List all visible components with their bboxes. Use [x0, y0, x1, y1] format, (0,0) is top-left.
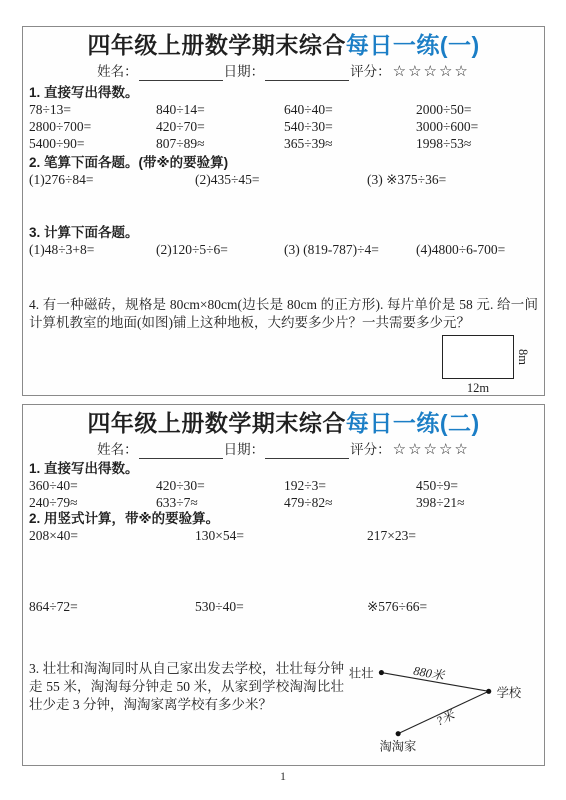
- meta-line: 姓名： 日期： 评分： ☆☆☆☆☆: [29, 439, 538, 459]
- math-problem: (1)48÷3+8=: [29, 241, 156, 258]
- math-problem: ※576÷66=: [367, 598, 538, 615]
- section-3-heading: 3. 计算下面各题。: [29, 225, 538, 241]
- math-problem: 530÷40=: [195, 598, 367, 615]
- date-blank-line: [265, 65, 349, 81]
- title-black-text: 四年级上册数学期末综合: [87, 32, 346, 58]
- section-1-heading: 1. 直接写出得数。: [29, 85, 538, 101]
- figure-width-label: 12m: [442, 381, 514, 395]
- floor-figure: 8m 12m: [442, 335, 514, 379]
- word-problem-4-text: 4. 有一种磁砖，规格是 80cm×80cm(边长是 80cm 的正方形). 每…: [29, 296, 538, 332]
- label-zhuangzhuang: 壮壮: [349, 666, 374, 681]
- figure-height-label: 8m: [517, 349, 529, 365]
- math-problem: 360÷40=: [29, 477, 156, 494]
- title-blue-text: 每日一练(一): [346, 32, 480, 58]
- date-label: 日期：: [224, 63, 265, 81]
- mixed-math-row: (1)48÷3+8= (2)120÷5÷6= (3) (819-787)÷4= …: [29, 241, 538, 258]
- math-problem: 365÷39≈: [284, 135, 416, 152]
- score-label: 评分：: [350, 441, 391, 459]
- route-diagram: 壮壮 学校 淘淘家 880米 ?米: [344, 660, 538, 760]
- name-blank-line: [139, 443, 223, 459]
- math-problem: 479÷82≈: [284, 494, 416, 511]
- name-label: 姓名：: [97, 441, 138, 459]
- math-problem: (4)4800÷6-700=: [416, 241, 538, 258]
- point-zhuangzhuang: [379, 670, 384, 675]
- section-2-heading: 2. 笔算下面各题。(带※的要验算): [29, 155, 538, 171]
- math-problem: 217×23=: [367, 527, 538, 544]
- math-problem: 640÷40=: [284, 101, 416, 118]
- math-problem: 3000÷600=: [416, 118, 538, 135]
- math-problem: 1998÷53≈: [416, 135, 538, 152]
- oral-math-grid: 360÷40= 420÷30= 192÷3= 450÷9= 240÷79≈ 63…: [29, 477, 538, 511]
- math-problem: (3) ※375÷36=: [367, 171, 538, 188]
- star-rating: ☆☆☆☆☆: [393, 63, 470, 81]
- math-problem: (1)276÷84=: [29, 171, 195, 188]
- floor-figure-row: 8m 12m: [29, 335, 538, 379]
- worksheet-2: 四年级上册数学期末综合每日一练(二) 姓名： 日期： 评分： ☆☆☆☆☆ 1. …: [22, 404, 545, 766]
- math-problem: 2800÷700=: [29, 118, 156, 135]
- word-problem-3-text: 3. 壮壮和淘淘同时从自己家出发去学校，壮壮每分钟走 55 米，淘淘每分钟走 5…: [29, 660, 344, 760]
- word-problem-3-row: 3. 壮壮和淘淘同时从自己家出发去学校，壮壮每分钟走 55 米，淘淘每分钟走 5…: [29, 660, 538, 760]
- score-label: 评分：: [350, 63, 391, 81]
- math-problem: 540÷30=: [284, 118, 416, 135]
- math-problem: 420÷30=: [156, 477, 284, 494]
- math-problem: 130×54=: [195, 527, 367, 544]
- section-1-heading: 1. 直接写出得数。: [29, 461, 538, 477]
- star-rating: ☆☆☆☆☆: [393, 441, 470, 459]
- rectangle-shape: [442, 335, 514, 379]
- math-problem: 633÷7≈: [156, 494, 284, 511]
- point-school: [486, 689, 491, 694]
- vertical-calc-row: 864÷72= 530÷40= ※576÷66=: [29, 598, 538, 615]
- label-distance-880m: 880米: [412, 664, 446, 683]
- label-distance-unknown: ?米: [434, 707, 458, 728]
- math-problem: 840÷14=: [156, 101, 284, 118]
- worksheet-page: 四年级上册数学期末综合每日一练(一) 姓名： 日期： 评分： ☆☆☆☆☆ 1. …: [0, 0, 566, 800]
- math-problem: 240÷79≈: [29, 494, 156, 511]
- point-taotao-home: [396, 731, 401, 736]
- meta-line: 姓名： 日期： 评分： ☆☆☆☆☆: [29, 61, 538, 81]
- label-taotao-home: 淘淘家: [379, 738, 416, 753]
- math-problem: 78÷13=: [29, 101, 156, 118]
- worksheet-1-title: 四年级上册数学期末综合每日一练(一): [29, 31, 538, 59]
- math-problem: (2)435÷45=: [195, 171, 367, 188]
- math-problem: 208×40=: [29, 527, 195, 544]
- date-blank-line: [265, 443, 349, 459]
- worksheet-1: 四年级上册数学期末综合每日一练(一) 姓名： 日期： 评分： ☆☆☆☆☆ 1. …: [22, 26, 545, 396]
- title-black-text: 四年级上册数学期末综合: [87, 410, 346, 436]
- label-school: 学校: [497, 685, 522, 700]
- vertical-calc-row: 208×40= 130×54= 217×23=: [29, 527, 538, 544]
- date-label: 日期：: [224, 441, 265, 459]
- math-problem: 420÷70=: [156, 118, 284, 135]
- math-problem: 2000÷50=: [416, 101, 538, 118]
- name-blank-line: [139, 65, 223, 81]
- page-number: 1: [0, 769, 566, 784]
- math-problem: (3) (819-787)÷4=: [284, 241, 416, 258]
- written-math-row: (1)276÷84= (2)435÷45= (3) ※375÷36=: [29, 171, 538, 188]
- math-problem: 5400÷90=: [29, 135, 156, 152]
- math-problem: (2)120÷5÷6=: [156, 241, 284, 258]
- name-label: 姓名：: [97, 63, 138, 81]
- oral-math-grid: 78÷13= 840÷14= 640÷40= 2000÷50= 2800÷700…: [29, 101, 538, 152]
- math-problem: 192÷3=: [284, 477, 416, 494]
- worksheet-2-title: 四年级上册数学期末综合每日一练(二): [29, 409, 538, 437]
- math-problem: 450÷9=: [416, 477, 538, 494]
- math-problem: 864÷72=: [29, 598, 195, 615]
- math-problem: 807÷89≈: [156, 135, 284, 152]
- math-problem: 398÷21≈: [416, 494, 538, 511]
- title-blue-text: 每日一练(二): [346, 410, 480, 436]
- section-2-heading: 2. 用竖式计算，带※的要验算。: [29, 511, 538, 527]
